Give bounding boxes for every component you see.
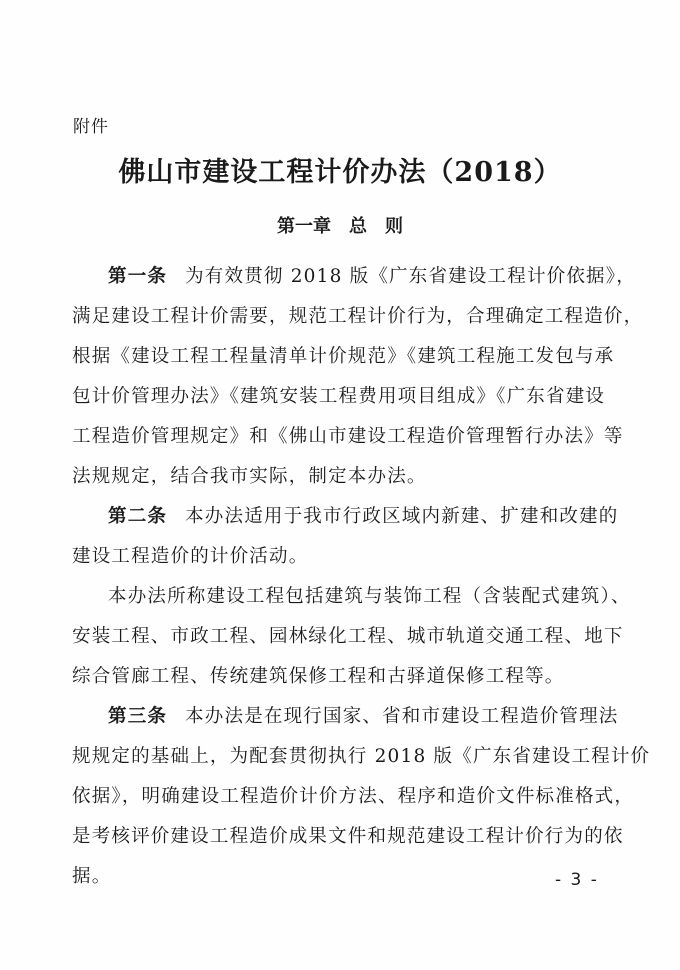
article-3-line-2: 规规定的基础上，为配套贯彻执行 2018 版《广东省建设工程计价 [72, 742, 612, 768]
article-3-line-1: 第三条本办法是在现行国家、省和市建设工程造价管理法 [108, 702, 612, 728]
paragraph-line-2: 安装工程、市政工程、园林绿化工程、城市轨道交通工程、地下 [72, 622, 612, 648]
article-text: 本办法适用于我市行政区域内新建、扩建和改建的 [185, 506, 618, 527]
article-3-line-4: 是考核评价建设工程造价成果文件和规范建设工程计价行为的依 [72, 822, 612, 848]
article-text: 为有效贯彻 2018 版《广东省建设工程计价依据》， [185, 266, 636, 287]
article-3-line-5: 据。 [72, 862, 612, 888]
article-text: 本办法是在现行国家、省和市建设工程造价管理法 [185, 706, 618, 727]
article-1-line-6: 法规规定，结合我市实际，制定本办法。 [72, 462, 612, 488]
document-page: 附件 佛山市建设工程计价办法（2018） 第一章 总 则 第一条为有效贯彻 20… [0, 0, 680, 970]
attachment-label: 附件 [73, 112, 109, 137]
chapter-heading: 第一章 总 则 [0, 212, 680, 238]
article-2-line-2: 建设工程造价的计价活动。 [72, 542, 612, 568]
article-1-line-1: 第一条为有效贯彻 2018 版《广东省建设工程计价依据》， [108, 262, 612, 288]
paragraph-line-3: 综合管廊工程、传统建筑保修工程和古驿道保修工程等。 [72, 662, 612, 688]
article-1-label: 第一条 [108, 266, 167, 287]
article-1-line-5: 工程造价管理规定》和《佛山市建设工程造价管理暂行办法》等 [72, 422, 612, 448]
article-1-line-4: 包计价管理办法》《建筑安装工程费用项目组成》《广东省建设 [72, 382, 612, 408]
article-3-label: 第三条 [108, 706, 167, 727]
paragraph-line-1: 本办法所称建设工程包括建筑与装饰工程（含装配式建筑）、 [108, 582, 612, 608]
page-number: - 3 - [555, 870, 597, 890]
article-2-label: 第二条 [108, 506, 167, 527]
article-2-line-1: 第二条本办法适用于我市行政区域内新建、扩建和改建的 [108, 502, 612, 528]
article-1-line-2: 满足建设工程计价需要，规范工程计价行为，合理确定工程造价， [72, 302, 612, 328]
document-title: 佛山市建设工程计价办法（2018） [0, 150, 680, 189]
article-1-line-3: 根据《建设工程工程量清单计价规范》《建筑工程施工发包与承 [72, 342, 612, 368]
article-3-line-3: 依据》，明确建设工程造价计价方法、程序和造价文件标准格式， [72, 782, 612, 808]
